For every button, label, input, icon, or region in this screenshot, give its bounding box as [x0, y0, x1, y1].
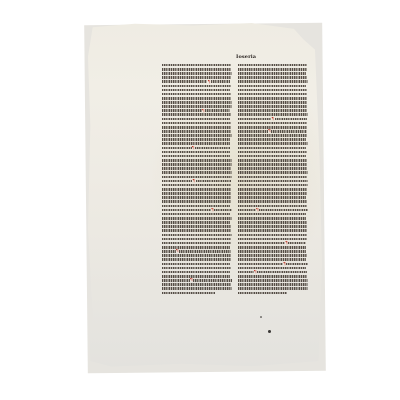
- text-line: [238, 162, 308, 166]
- text-line: [238, 282, 308, 286]
- text-line: [238, 75, 308, 79]
- text-line: [162, 162, 232, 166]
- text-line: [238, 253, 308, 257]
- text-column-left: ¶¶¶¶¶¶¶: [162, 63, 232, 295]
- text-line: [238, 291, 308, 295]
- text-line: [238, 191, 308, 195]
- text-line: [162, 191, 232, 195]
- ink-spot: [268, 330, 271, 333]
- ink-spot-small: [260, 316, 262, 318]
- text-line: [162, 282, 232, 286]
- text-column-right: ¶¶¶¶¶¶: [238, 63, 308, 295]
- text-line: [238, 104, 308, 108]
- running-header: Ioseria: [236, 54, 256, 60]
- text-line: [162, 104, 232, 108]
- text-line: [162, 75, 232, 79]
- text-line: [162, 133, 232, 137]
- text-line: [162, 253, 232, 257]
- text-line: [162, 291, 232, 295]
- text-line: [238, 133, 308, 137]
